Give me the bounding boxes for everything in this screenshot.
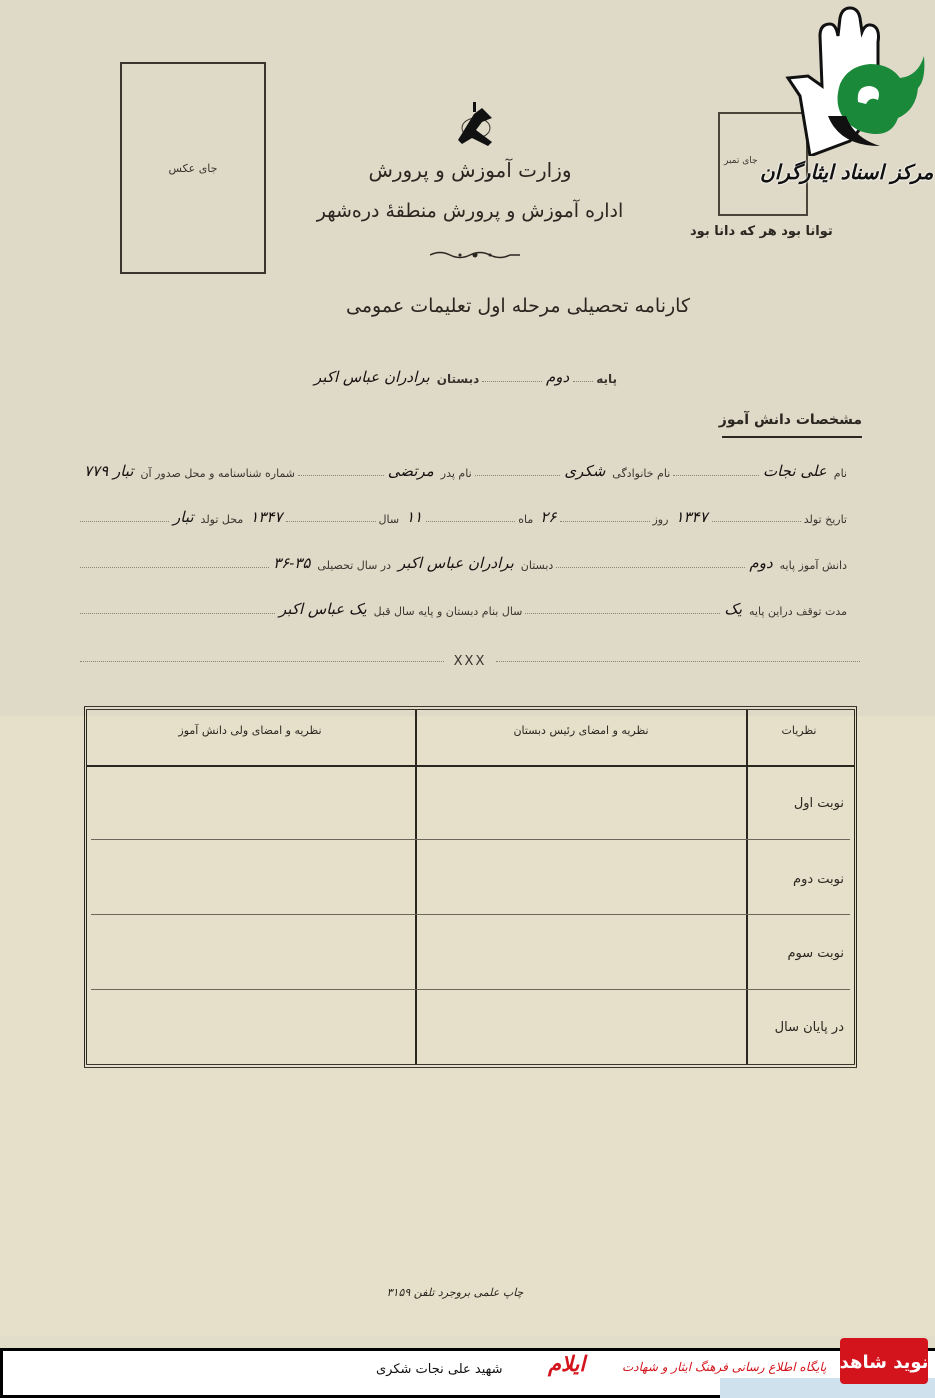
regional-office-name: اداره آموزش و پرورش منطقهٔ دره‌شهر (280, 200, 660, 222)
student-grade-label: دانش آموز پایه (777, 559, 850, 572)
father-name-value: مرتضی (384, 462, 438, 480)
grade-label: پایه (593, 372, 620, 386)
school-value: برادران عباس اکبر (310, 368, 434, 386)
row-label-year-end: در پایان سال (754, 1020, 844, 1035)
grade-school-line: پایه دوم دبستان برادران عباس اکبر (310, 358, 620, 386)
birthplace-value: تبار (169, 508, 198, 526)
month-value: ۱۱ (402, 508, 426, 526)
student-details-heading: مشخصات دانش آموز (700, 412, 862, 428)
stay-duration-label: مدت توقف دراین پایه (746, 605, 850, 618)
school-label: دبستان (434, 372, 483, 386)
header-guardian: نظریه و امضای ولی دانش آموز (87, 724, 413, 737)
first-name-value: علی نجات (759, 462, 831, 480)
student-info-row-2: تاریخ تولد ۱۳۴۷ روز ۲۶ ماه ۱۱ سال ۱۳۴۷ م… (80, 498, 850, 526)
section-underline (722, 436, 862, 438)
grade-value: دوم (542, 368, 573, 386)
academic-year-value: ۳۶-۳۵ (269, 554, 314, 572)
year-value: ۱۳۴۷ (246, 508, 286, 526)
last-name-value: شکری (560, 462, 609, 480)
hand-dove-logo-icon (770, 6, 930, 156)
previous-school-label: سال بنام دبستان و پایه سال قبل (371, 605, 526, 618)
ministry-name: وزارت آموزش و پرورش (300, 158, 640, 182)
stamp-placeholder-label: جای تمبر (724, 156, 758, 166)
first-name-label: نام (831, 467, 850, 480)
photo-placeholder-label: جای عکس (122, 162, 264, 175)
column-divider (746, 710, 748, 1064)
watermark-org-name: مرکز اسناد ایثارگران (760, 160, 933, 184)
month-label: ماه (515, 513, 536, 526)
header-principal: نظریه و امضای رئیس دبستان (417, 724, 745, 737)
day-label: روز (650, 513, 672, 526)
navid-shahed-logo-icon: نوید شاهد (836, 1336, 932, 1386)
previous-school-value: یک عباس اکبر (275, 600, 371, 618)
last-name-label: نام خانوادگی (609, 467, 673, 480)
id-number-label: شماره شناسنامه و محل صدور آن (137, 467, 298, 480)
comments-table: نظریات نظریه و امضای رئیس دبستان نظریه و… (84, 706, 857, 1068)
birthplace-label: محل تولد (198, 513, 247, 526)
header-comments: نظریات (749, 724, 849, 737)
row-label-third-term: نوبت سوم (754, 946, 844, 961)
student-grade-value: دوم (745, 554, 776, 572)
header-rule (87, 765, 854, 767)
academic-year-label: در سال تحصیلی (314, 559, 394, 572)
student-school-label: دبستان (518, 559, 557, 572)
svg-text:نوید شاهد: نوید شاهد (840, 1352, 929, 1373)
stay-duration-value: یک (720, 600, 746, 618)
id-number-value: ۷۷۹ تبار (80, 462, 137, 480)
lion-sun-emblem-icon (452, 100, 498, 150)
footer-brand: ایلام (548, 1352, 585, 1376)
year-label: سال (376, 513, 403, 526)
row-divider (91, 914, 850, 915)
day-value: ۲۶ (536, 508, 560, 526)
row-label-second-term: نوبت دوم (754, 872, 844, 887)
printer-note: چاپ علمی بروجرد تلفن ۳۱۵۹ (380, 1286, 530, 1299)
student-info-row-3: دانش آموز پایه دوم دبستان برادران عباس ا… (80, 544, 850, 572)
father-name-label: نام پدر (438, 467, 475, 480)
student-info-row-1: نام علی نجات نام خانوادگی شکری نام پدر م… (80, 452, 850, 480)
column-divider (415, 710, 417, 1064)
row-divider (91, 989, 850, 990)
photo-placeholder-box: جای عکس (120, 62, 266, 274)
footer-caption: شهید علی نجات شکری (376, 1362, 503, 1377)
row-divider (91, 839, 850, 840)
separator-mark: XXX (444, 654, 497, 669)
birth-date-value: ۱۳۴۷ (671, 508, 711, 526)
report-card-title: کارنامه تحصیلی مرحله اول تعلیمات عمومی (270, 295, 690, 317)
row-label-first-term: نوبت اول (754, 796, 844, 811)
birth-date-label: تاریخ تولد (801, 513, 850, 526)
ornament-divider-icon (430, 250, 520, 260)
footer-tagline: پایگاه اطلاع رسانی فرهنگ ایثار و شهادت (622, 1360, 826, 1374)
student-info-row-4: مدت توقف دراین پایه یک سال بنام دبستان و… (80, 590, 850, 618)
student-school-value: برادران عباس اکبر (394, 554, 518, 572)
motto: توانا بود هر که دانا بود (690, 224, 833, 239)
section-separator: XXX (80, 652, 860, 670)
